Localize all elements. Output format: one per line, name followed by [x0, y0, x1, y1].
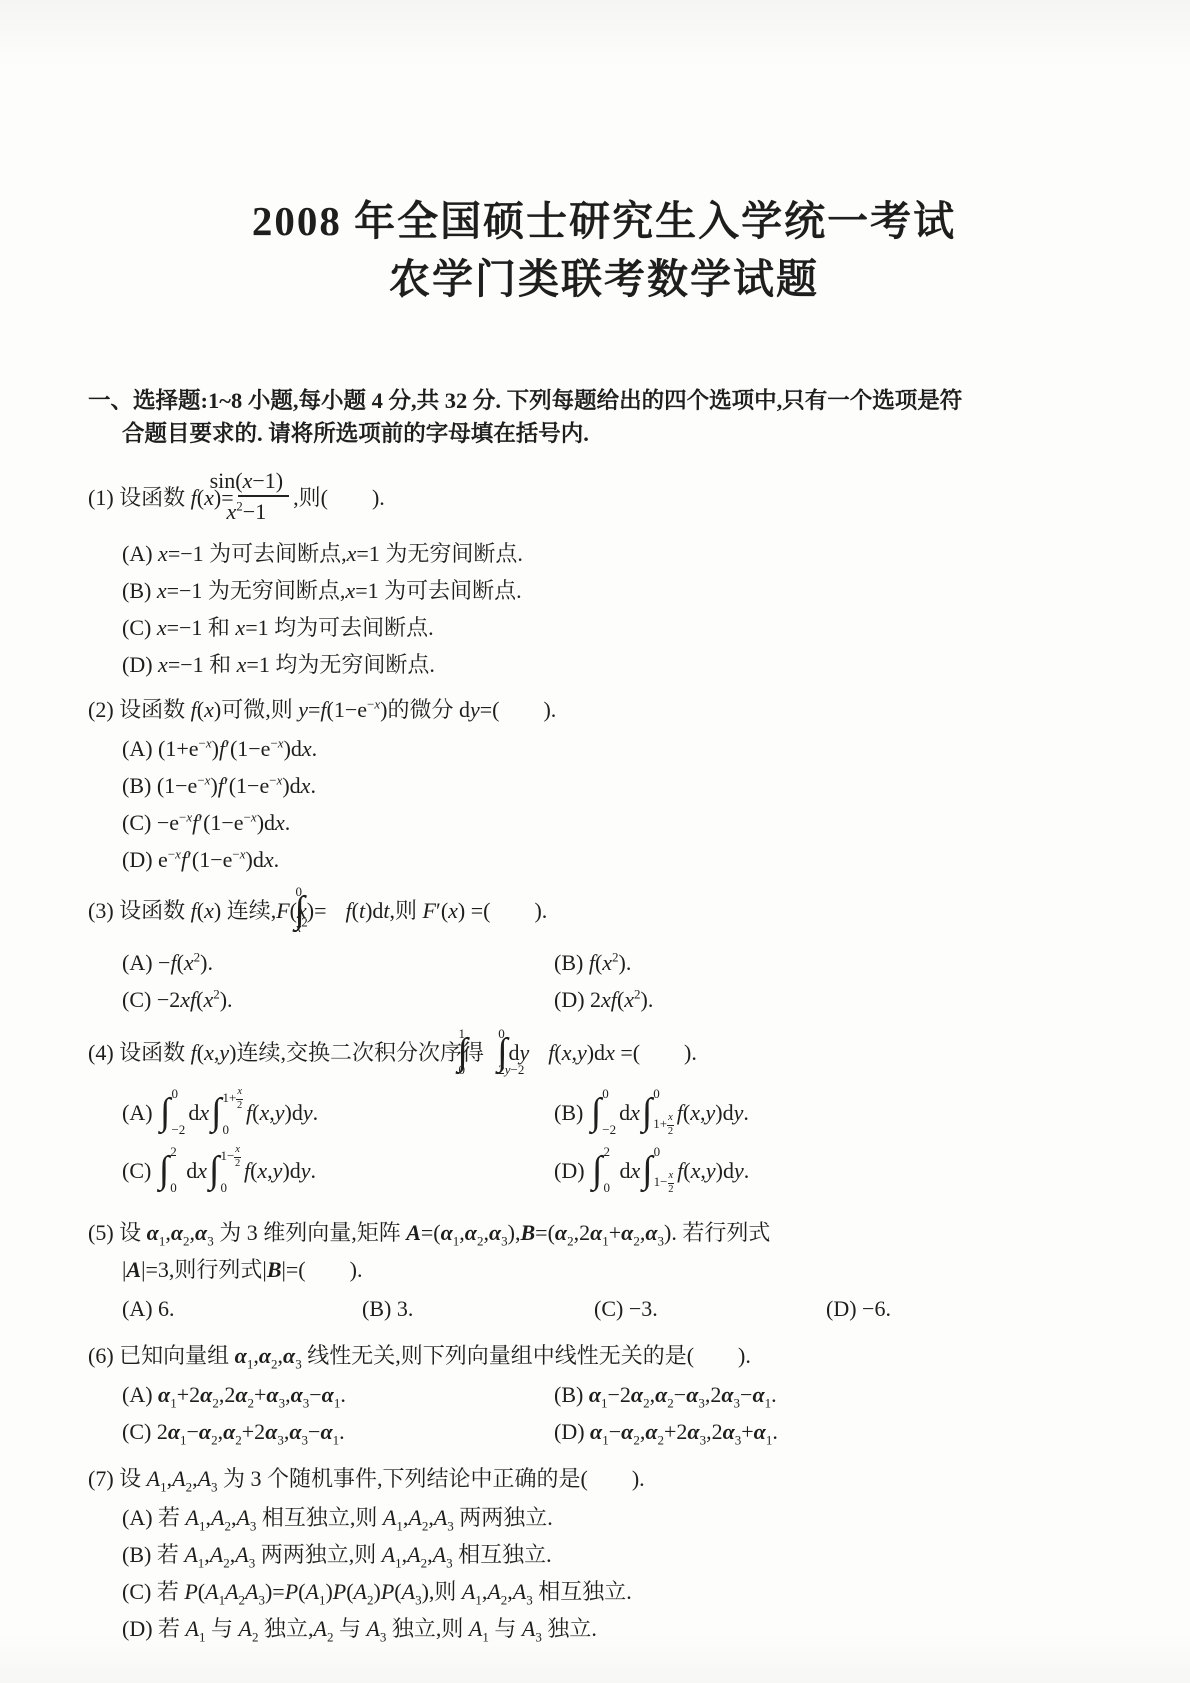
question-4-option-b: (B) ∫0−2dx∫01+x2f(x,y)dy.	[554, 1084, 1120, 1142]
question-3-option-a: (A) −f(x2).	[122, 944, 554, 981]
question-2-options: (A) (1+e−x)f′(1−e−x)dx. (B) (1−e−x)f′(1−…	[88, 730, 1120, 878]
question-6: (6) 已知向量组 α1,α2,α3 线性无关,则下列向量组中线性无关的是( )…	[88, 1337, 1120, 1450]
question-3-options: (A) −f(x2). (B) f(x2). (C) −2xf(x2). (D)…	[88, 944, 1120, 1018]
question-5-option-d: (D) −6.	[826, 1290, 1120, 1327]
question-1: (1) 设函数 f(x)=sin(x−1)x2−1,则( ). (A) x=−1…	[88, 473, 1120, 683]
question-1-stem-row: (1) 设函数 f(x)=sin(x−1)x2−1,则( ).	[88, 473, 1120, 527]
question-5-number: (5)	[88, 1220, 114, 1245]
question-7-stem: 设 A1,A2,A3 为 3 个随机事件,下列结论中正确的是( ).	[119, 1466, 645, 1491]
question-3-option-d: (D) 2xf(x2).	[554, 981, 1120, 1018]
question-4-stem: 设函数 f(x,y)连续,交换二次积分次序得 ∫10dy∫02y−2f(x,y)…	[119, 1040, 697, 1065]
exam-paper-page: 2008 年全国硕士研究生入学统一考试 农学门类联考数学试题 一、选择题:1~8…	[0, 0, 1190, 1683]
section-heading-line-2: 合题目要求的. 请将所选项前的字母填在括号内.	[88, 417, 1120, 450]
question-3-option-b: (B) f(x2).	[554, 944, 1120, 981]
question-3-option-c: (C) −2xf(x2).	[122, 981, 554, 1018]
question-2: (2) 设函数 f(x)可微,则 y=f(1−e−x)的微分 dy=( ). (…	[88, 691, 1120, 878]
question-2-stem-row: (2) 设函数 f(x)可微,则 y=f(1−e−x)的微分 dy=( ).	[88, 691, 1120, 728]
question-3-number: (3)	[88, 898, 114, 923]
question-5-stem-row: (5) 设 α1,α2,α3 为 3 维列向量,矩阵 A=(α1,α2,α3),…	[88, 1214, 1120, 1288]
question-6-option-d: (D) α1−α2,α2+2α3,2α3+α1.	[554, 1413, 1120, 1450]
question-6-stem-row: (6) 已知向量组 α1,α2,α3 线性无关,则下列向量组中线性无关的是( )…	[88, 1337, 1120, 1374]
question-1-option-d: (D) x=−1 和 x=1 均为无穷间断点.	[122, 646, 1120, 683]
question-4-option-d: (D) ∫20dx∫01−x2f(x,y)dy.	[554, 1142, 1120, 1200]
question-4-stem-row: (4) 设函数 f(x,y)连续,交换二次积分次序得 ∫10dy∫02y−2f(…	[88, 1030, 1120, 1080]
question-1-option-c: (C) x=−1 和 x=1 均为可去间断点.	[122, 609, 1120, 646]
question-3: (3) 设函数 f(x) 连续,F(x)=∫0x2f(t)dt,则 F′(x) …	[88, 888, 1120, 1018]
question-4: (4) 设函数 f(x,y)连续,交换二次积分次序得 ∫10dy∫02y−2f(…	[88, 1030, 1120, 1200]
question-3-stem: 设函数 f(x) 连续,F(x)=∫0x2f(t)dt,则 F′(x) =( )…	[119, 898, 547, 923]
question-4-options: (A) ∫0−2dx∫1+x20f(x,y)dy. (B) ∫0−2dx∫01+…	[88, 1084, 1120, 1200]
question-5: (5) 设 α1,α2,α3 为 3 维列向量,矩阵 A=(α1,α2,α3),…	[88, 1214, 1120, 1327]
question-1-option-b: (B) x=−1 为无穷间断点,x=1 为可去间断点.	[122, 572, 1120, 609]
question-5-option-a: (A) 6.	[122, 1290, 362, 1327]
question-2-number: (2)	[88, 697, 114, 722]
question-6-option-b: (B) α1−2α2,α2−α3,2α3−α1.	[554, 1376, 1120, 1413]
question-4-number: (4)	[88, 1040, 114, 1065]
question-6-option-c: (C) 2α1−α2,α2+2α3,α3−α1.	[122, 1413, 554, 1450]
question-7: (7) 设 A1,A2,A3 为 3 个随机事件,下列结论中正确的是( ). (…	[88, 1460, 1120, 1647]
question-6-number: (6)	[88, 1343, 114, 1368]
question-1-option-a: (A) x=−1 为可去间断点,x=1 为无穷间断点.	[122, 535, 1120, 572]
question-4-option-c: (C) ∫20dx∫1−x20f(x,y)dy.	[122, 1142, 554, 1200]
question-7-options: (A) 若 A1,A2,A3 相互独立,则 A1,A2,A3 两两独立. (B)…	[88, 1499, 1120, 1647]
exam-title-line-1: 2008 年全国硕士研究生入学统一考试	[88, 0, 1120, 250]
question-7-option-b: (B) 若 A1,A2,A3 两两独立,则 A1,A2,A3 相互独立.	[122, 1536, 1120, 1573]
question-2-option-a: (A) (1+e−x)f′(1−e−x)dx.	[122, 730, 1120, 767]
question-2-option-d: (D) e−xf′(1−e−x)dx.	[122, 841, 1120, 878]
question-2-stem: 设函数 f(x)可微,则 y=f(1−e−x)的微分 dy=( ).	[119, 697, 556, 722]
question-7-option-d: (D) 若 A1 与 A2 独立,A2 与 A3 独立,则 A1 与 A3 独立…	[122, 1610, 1120, 1647]
question-5-stem: 设 α1,α2,α3 为 3 维列向量,矩阵 A=(α1,α2,α3),B=(α…	[119, 1220, 770, 1282]
question-5-option-c: (C) −3.	[594, 1290, 826, 1327]
exam-title-line-2: 农学门类联考数学试题	[88, 250, 1120, 308]
page-content: 2008 年全国硕士研究生入学统一考试 农学门类联考数学试题 一、选择题:1~8…	[0, 0, 1190, 1647]
question-2-option-b: (B) (1−e−x)f′(1−e−x)dx.	[122, 767, 1120, 804]
question-6-option-a: (A) α1+2α2,2α2+α3,α3−α1.	[122, 1376, 554, 1413]
question-6-options: (A) α1+2α2,2α2+α3,α3−α1. (B) α1−2α2,α2−α…	[88, 1376, 1120, 1450]
question-1-options: (A) x=−1 为可去间断点,x=1 为无穷间断点. (B) x=−1 为无穷…	[88, 535, 1120, 683]
question-6-stem: 已知向量组 α1,α2,α3 线性无关,则下列向量组中线性无关的是( ).	[119, 1343, 751, 1368]
section-one-heading: 一、选择题:1~8 小题,每小题 4 分,共 32 分. 下列每题给出的四个选项…	[88, 384, 1120, 450]
question-4-option-a: (A) ∫0−2dx∫1+x20f(x,y)dy.	[122, 1084, 554, 1142]
question-1-stem: 设函数 f(x)=sin(x−1)x2−1,则( ).	[119, 485, 385, 510]
question-5-option-b: (B) 3.	[362, 1290, 594, 1327]
question-5-options: (A) 6. (B) 3. (C) −3. (D) −6.	[88, 1290, 1120, 1327]
question-7-option-a: (A) 若 A1,A2,A3 相互独立,则 A1,A2,A3 两两独立.	[122, 1499, 1120, 1536]
question-7-number: (7)	[88, 1466, 114, 1491]
question-7-stem-row: (7) 设 A1,A2,A3 为 3 个随机事件,下列结论中正确的是( ).	[88, 1460, 1120, 1497]
question-7-option-c: (C) 若 P(A1A2A3)=P(A1)P(A2)P(A3),则 A1,A2,…	[122, 1573, 1120, 1610]
section-heading-line-1: 一、选择题:1~8 小题,每小题 4 分,共 32 分. 下列每题给出的四个选项…	[88, 388, 962, 413]
question-3-stem-row: (3) 设函数 f(x) 连续,F(x)=∫0x2f(t)dt,则 F′(x) …	[88, 888, 1120, 938]
question-1-number: (1)	[88, 485, 114, 510]
question-2-option-c: (C) −e−xf′(1−e−x)dx.	[122, 804, 1120, 841]
